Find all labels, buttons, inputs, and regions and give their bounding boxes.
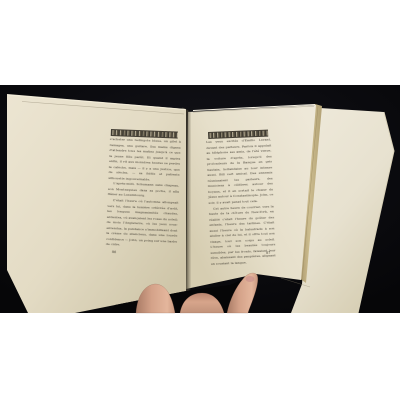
right-page-text: Les yeux excités d'Emilio Levant, devant… [206,137,276,267]
right-page-number: 87 [266,251,270,255]
left-page-number: 86 [112,250,116,254]
left-page-text: s'acheter une redingote bleue, un gilet … [106,137,181,251]
photo-of-open-book: s'acheter une redingote bleue, un gilet … [0,0,400,400]
photo-scene [0,0,400,400]
thumb-tip-highlight [246,276,255,282]
